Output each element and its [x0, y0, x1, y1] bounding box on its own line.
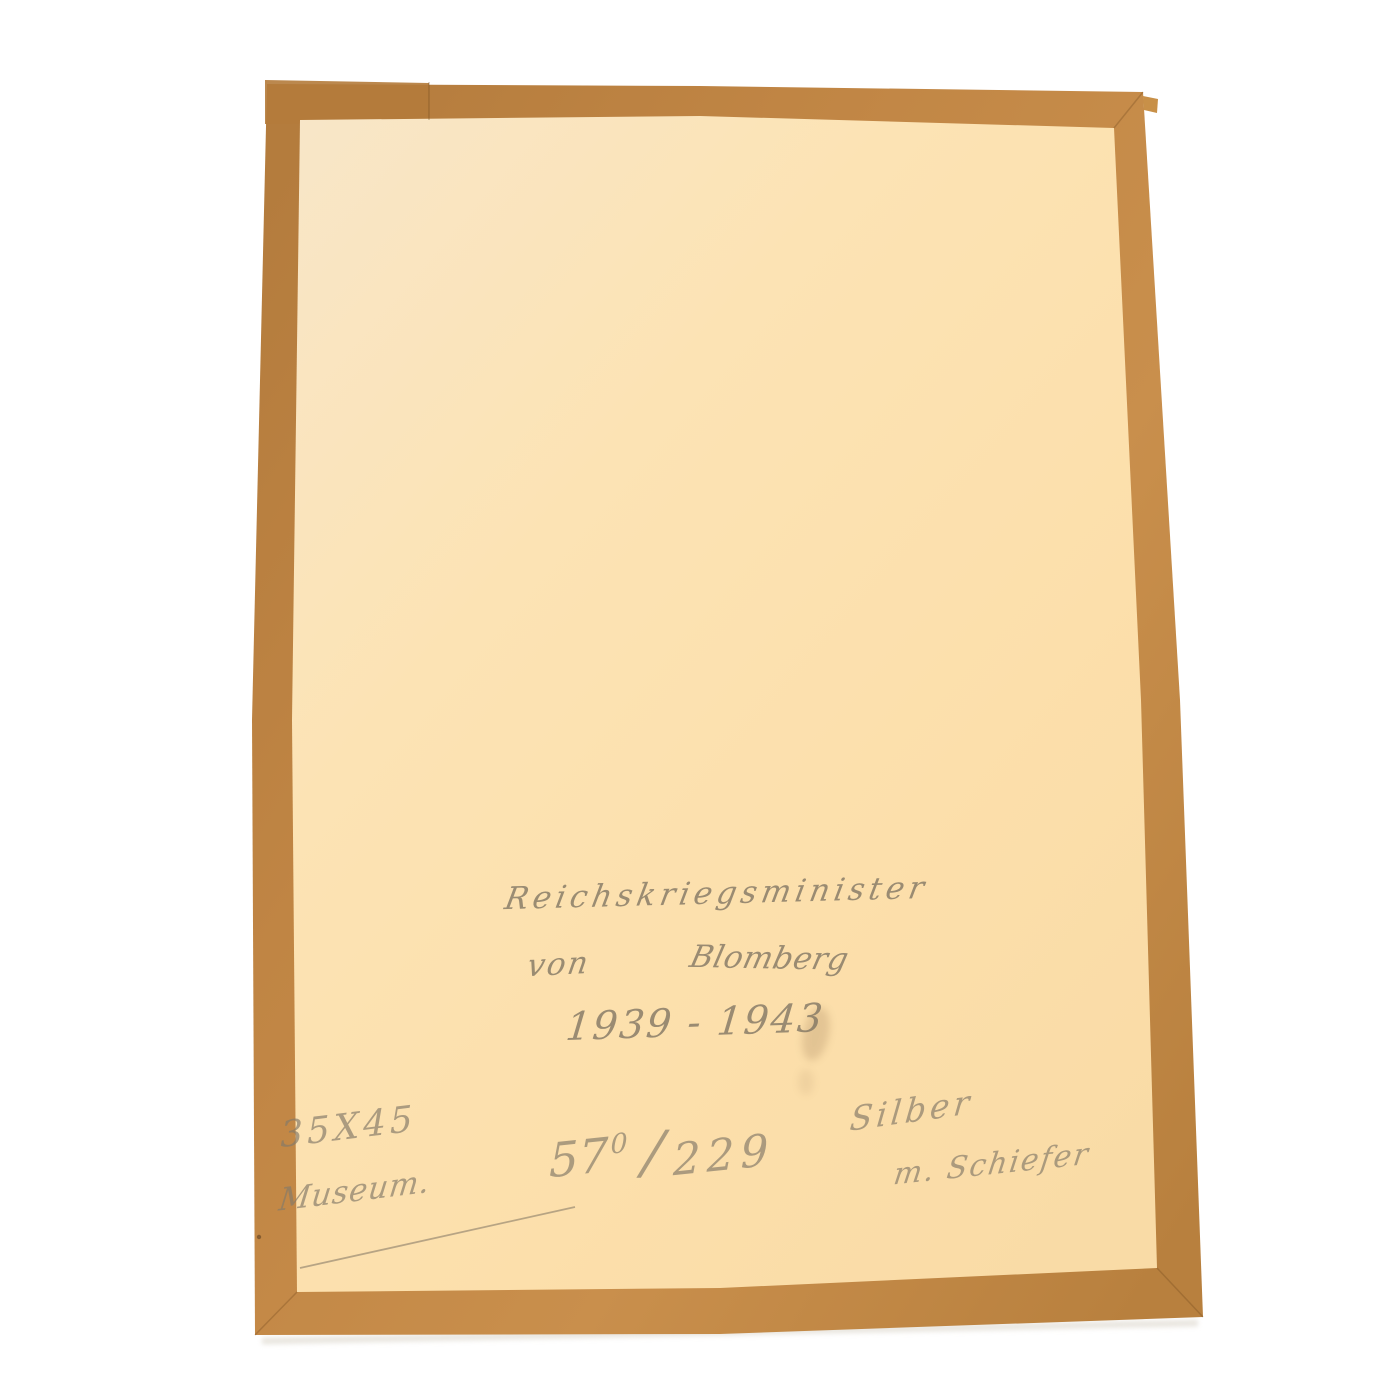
inscription-years: 1939 - 1943 — [564, 999, 826, 1047]
tape-tab — [1143, 96, 1158, 113]
inscription-name: Blomberg — [687, 942, 852, 976]
product-photo-back-of-photograph: Reichskriegsminister von Blomberg 1939 -… — [0, 0, 1400, 1400]
tape-overlap-piece — [265, 80, 429, 124]
tape-speck — [257, 1235, 261, 1239]
inscription-von: von — [525, 948, 592, 983]
inventory-slash: / — [641, 1123, 666, 1182]
inventory-main-number: 57 — [549, 1128, 608, 1190]
inventory-second-number: 229 — [673, 1124, 774, 1186]
smudge-stain-small — [798, 1069, 814, 1095]
photo-back-artwork — [0, 0, 1400, 1400]
inventory-superscript: 0 — [610, 1128, 627, 1161]
